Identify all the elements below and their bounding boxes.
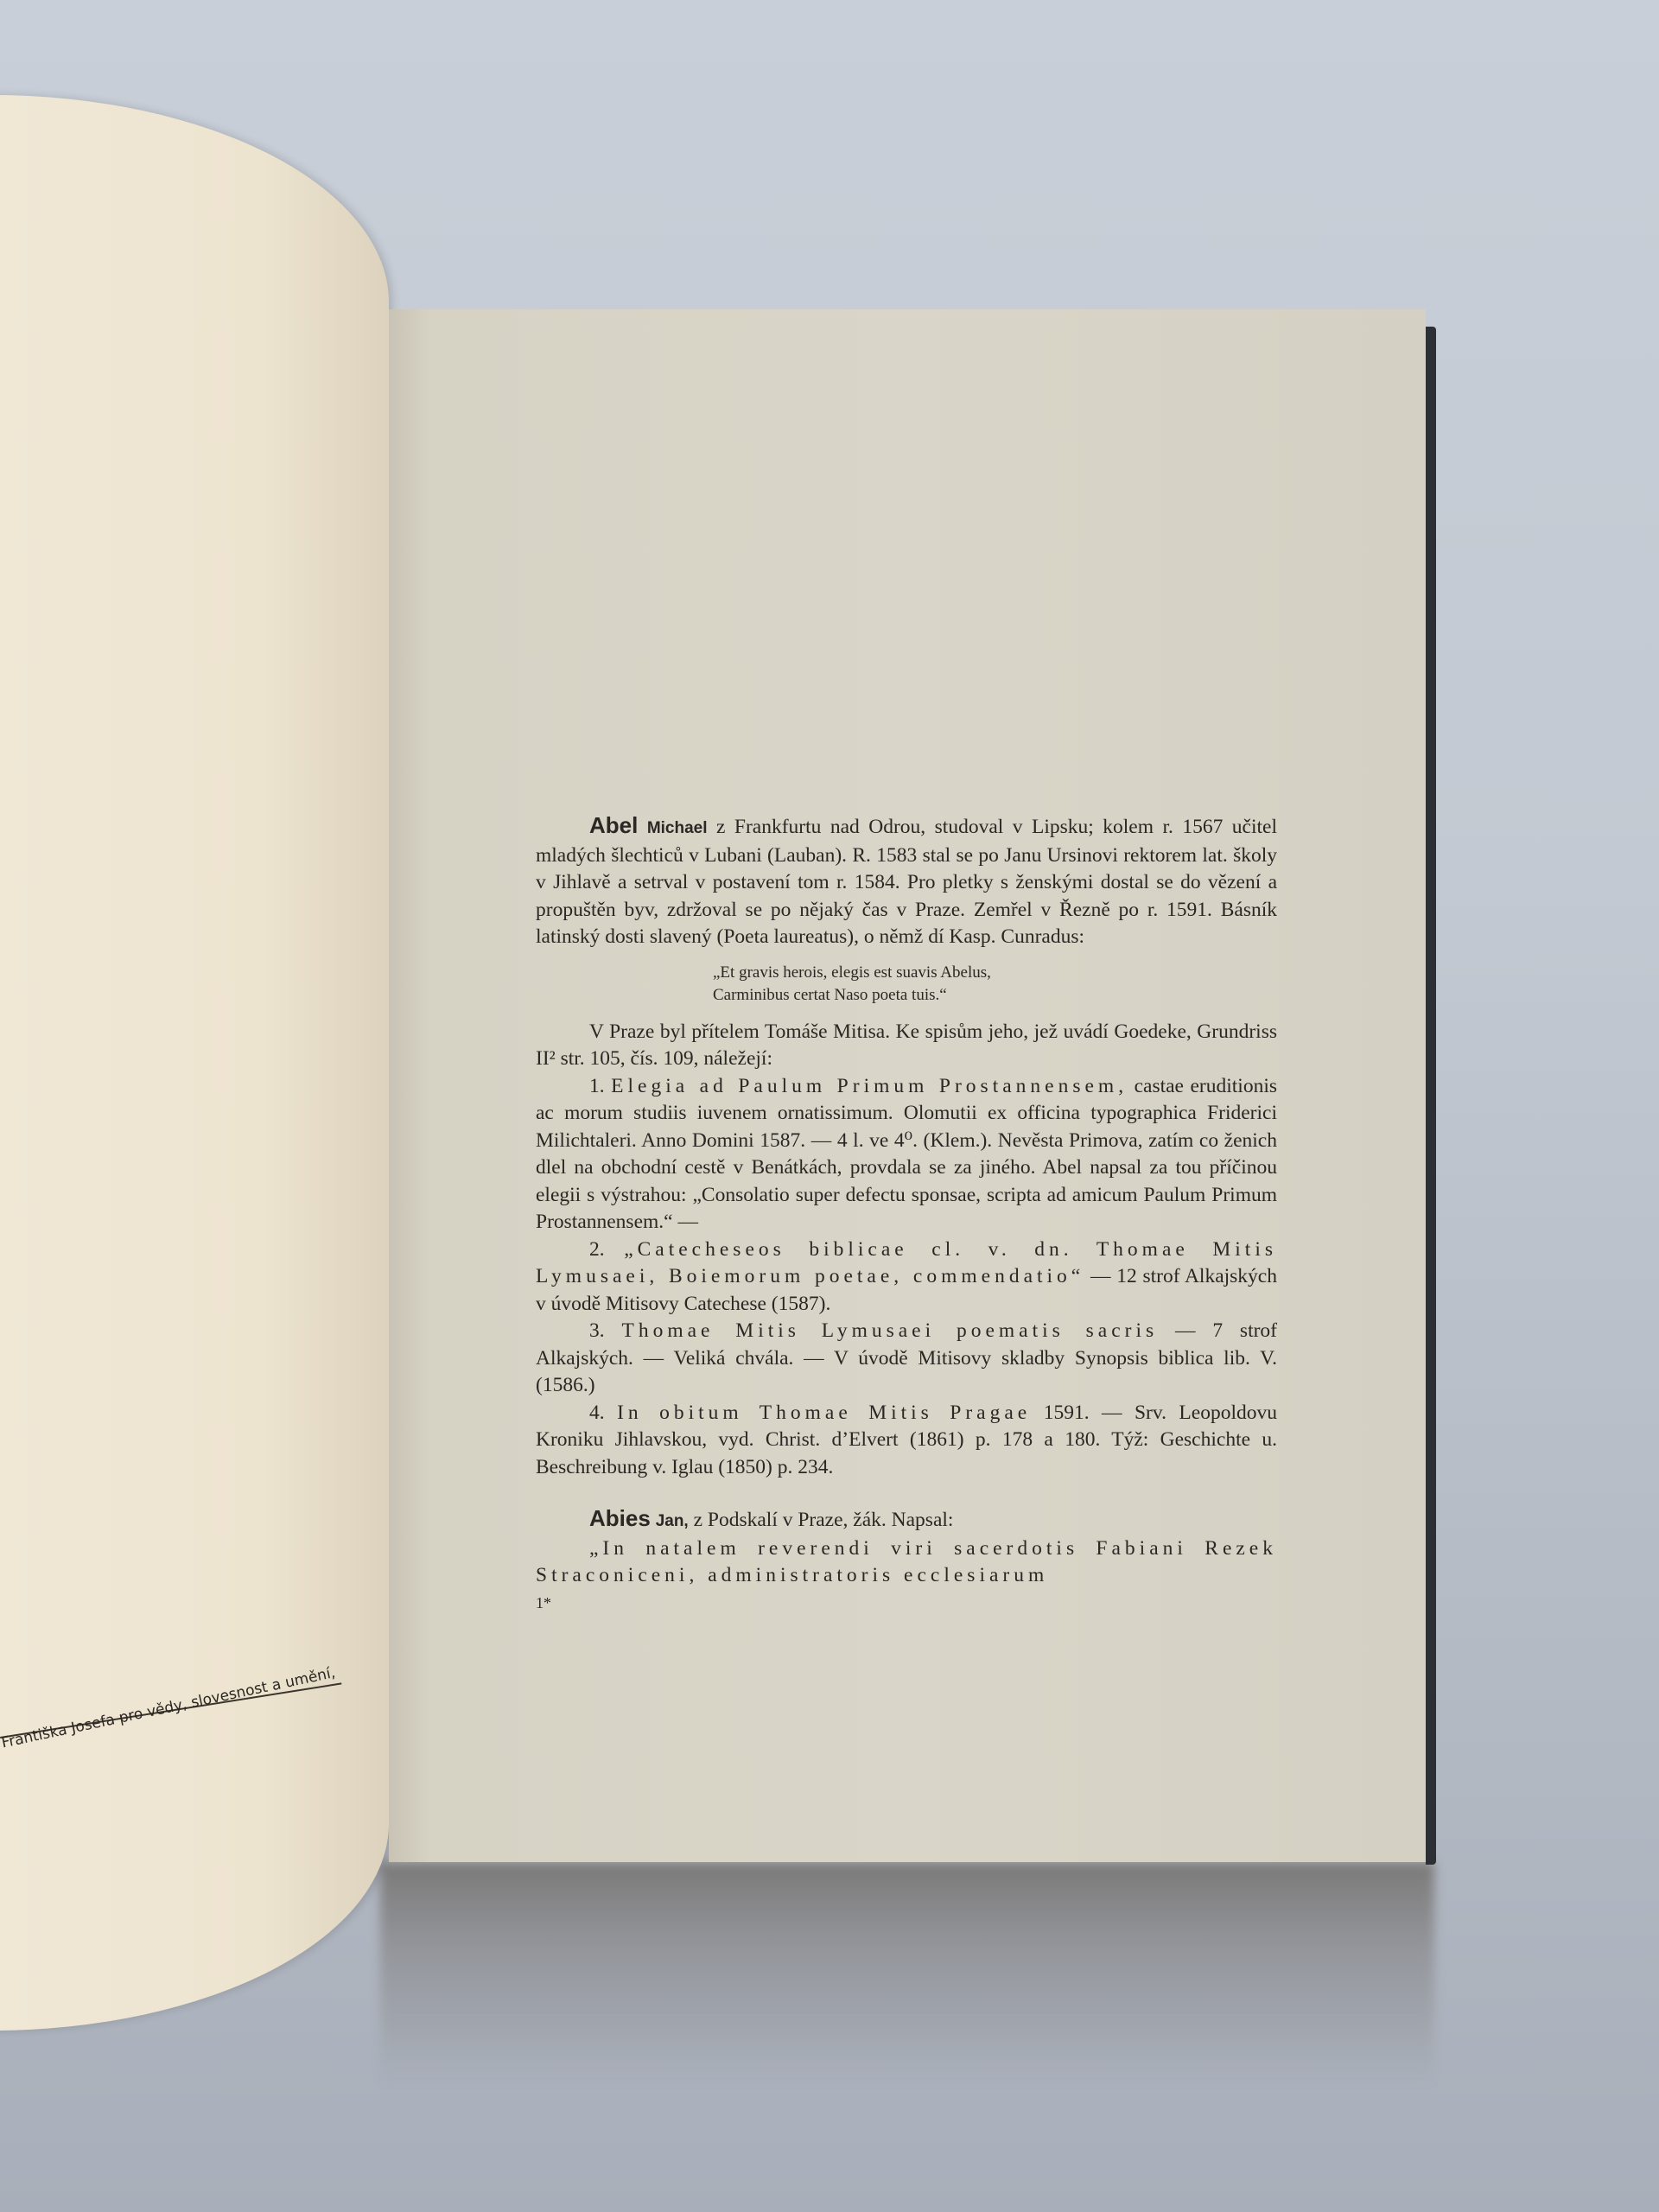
entry-abies-intro: Abies Jan, z Podskalí v Praze, žák. Naps…	[536, 1505, 1277, 1535]
headword-abies: Abies	[589, 1505, 651, 1531]
entry-abies-title: „In natalem reverendi viri sacerdotis Fa…	[536, 1535, 1277, 1590]
first-name-abies: Jan,	[656, 1512, 689, 1530]
headword-abel: Abel	[589, 812, 638, 838]
entry-abel-para2: V Praze byl přítelem Tomáše Mitisa. Ke s…	[536, 1019, 1277, 1073]
work-item-4: 4. In obitum Thomae Mitis Pragae 1591. —…	[536, 1400, 1277, 1482]
page-number: 1*	[536, 1590, 1277, 1618]
entry-abel-intro: Abel Michael z Frankfurtu nad Odrou, stu…	[536, 812, 1277, 951]
quote-cunradus: „Et gravis herois, elegis est suavis Abe…	[713, 962, 1277, 1007]
page-shadow	[380, 1862, 1434, 2087]
right-page-text: Abel Michael z Frankfurtu nad Odrou, stu…	[536, 812, 1277, 1617]
work-item-2: 2. „Catecheseos biblicae cl. v. dn. Thom…	[536, 1236, 1277, 1319]
work-item-1: 1. Elegia ad Paulum Primum Prostannensem…	[536, 1073, 1277, 1236]
first-name-abel: Michael	[647, 819, 708, 837]
entry-gap	[536, 1481, 1277, 1505]
work-item-3: 3. Thomae Mitis Lymusaei poematis sacris…	[536, 1318, 1277, 1400]
book-cover-edge	[1426, 327, 1436, 1865]
